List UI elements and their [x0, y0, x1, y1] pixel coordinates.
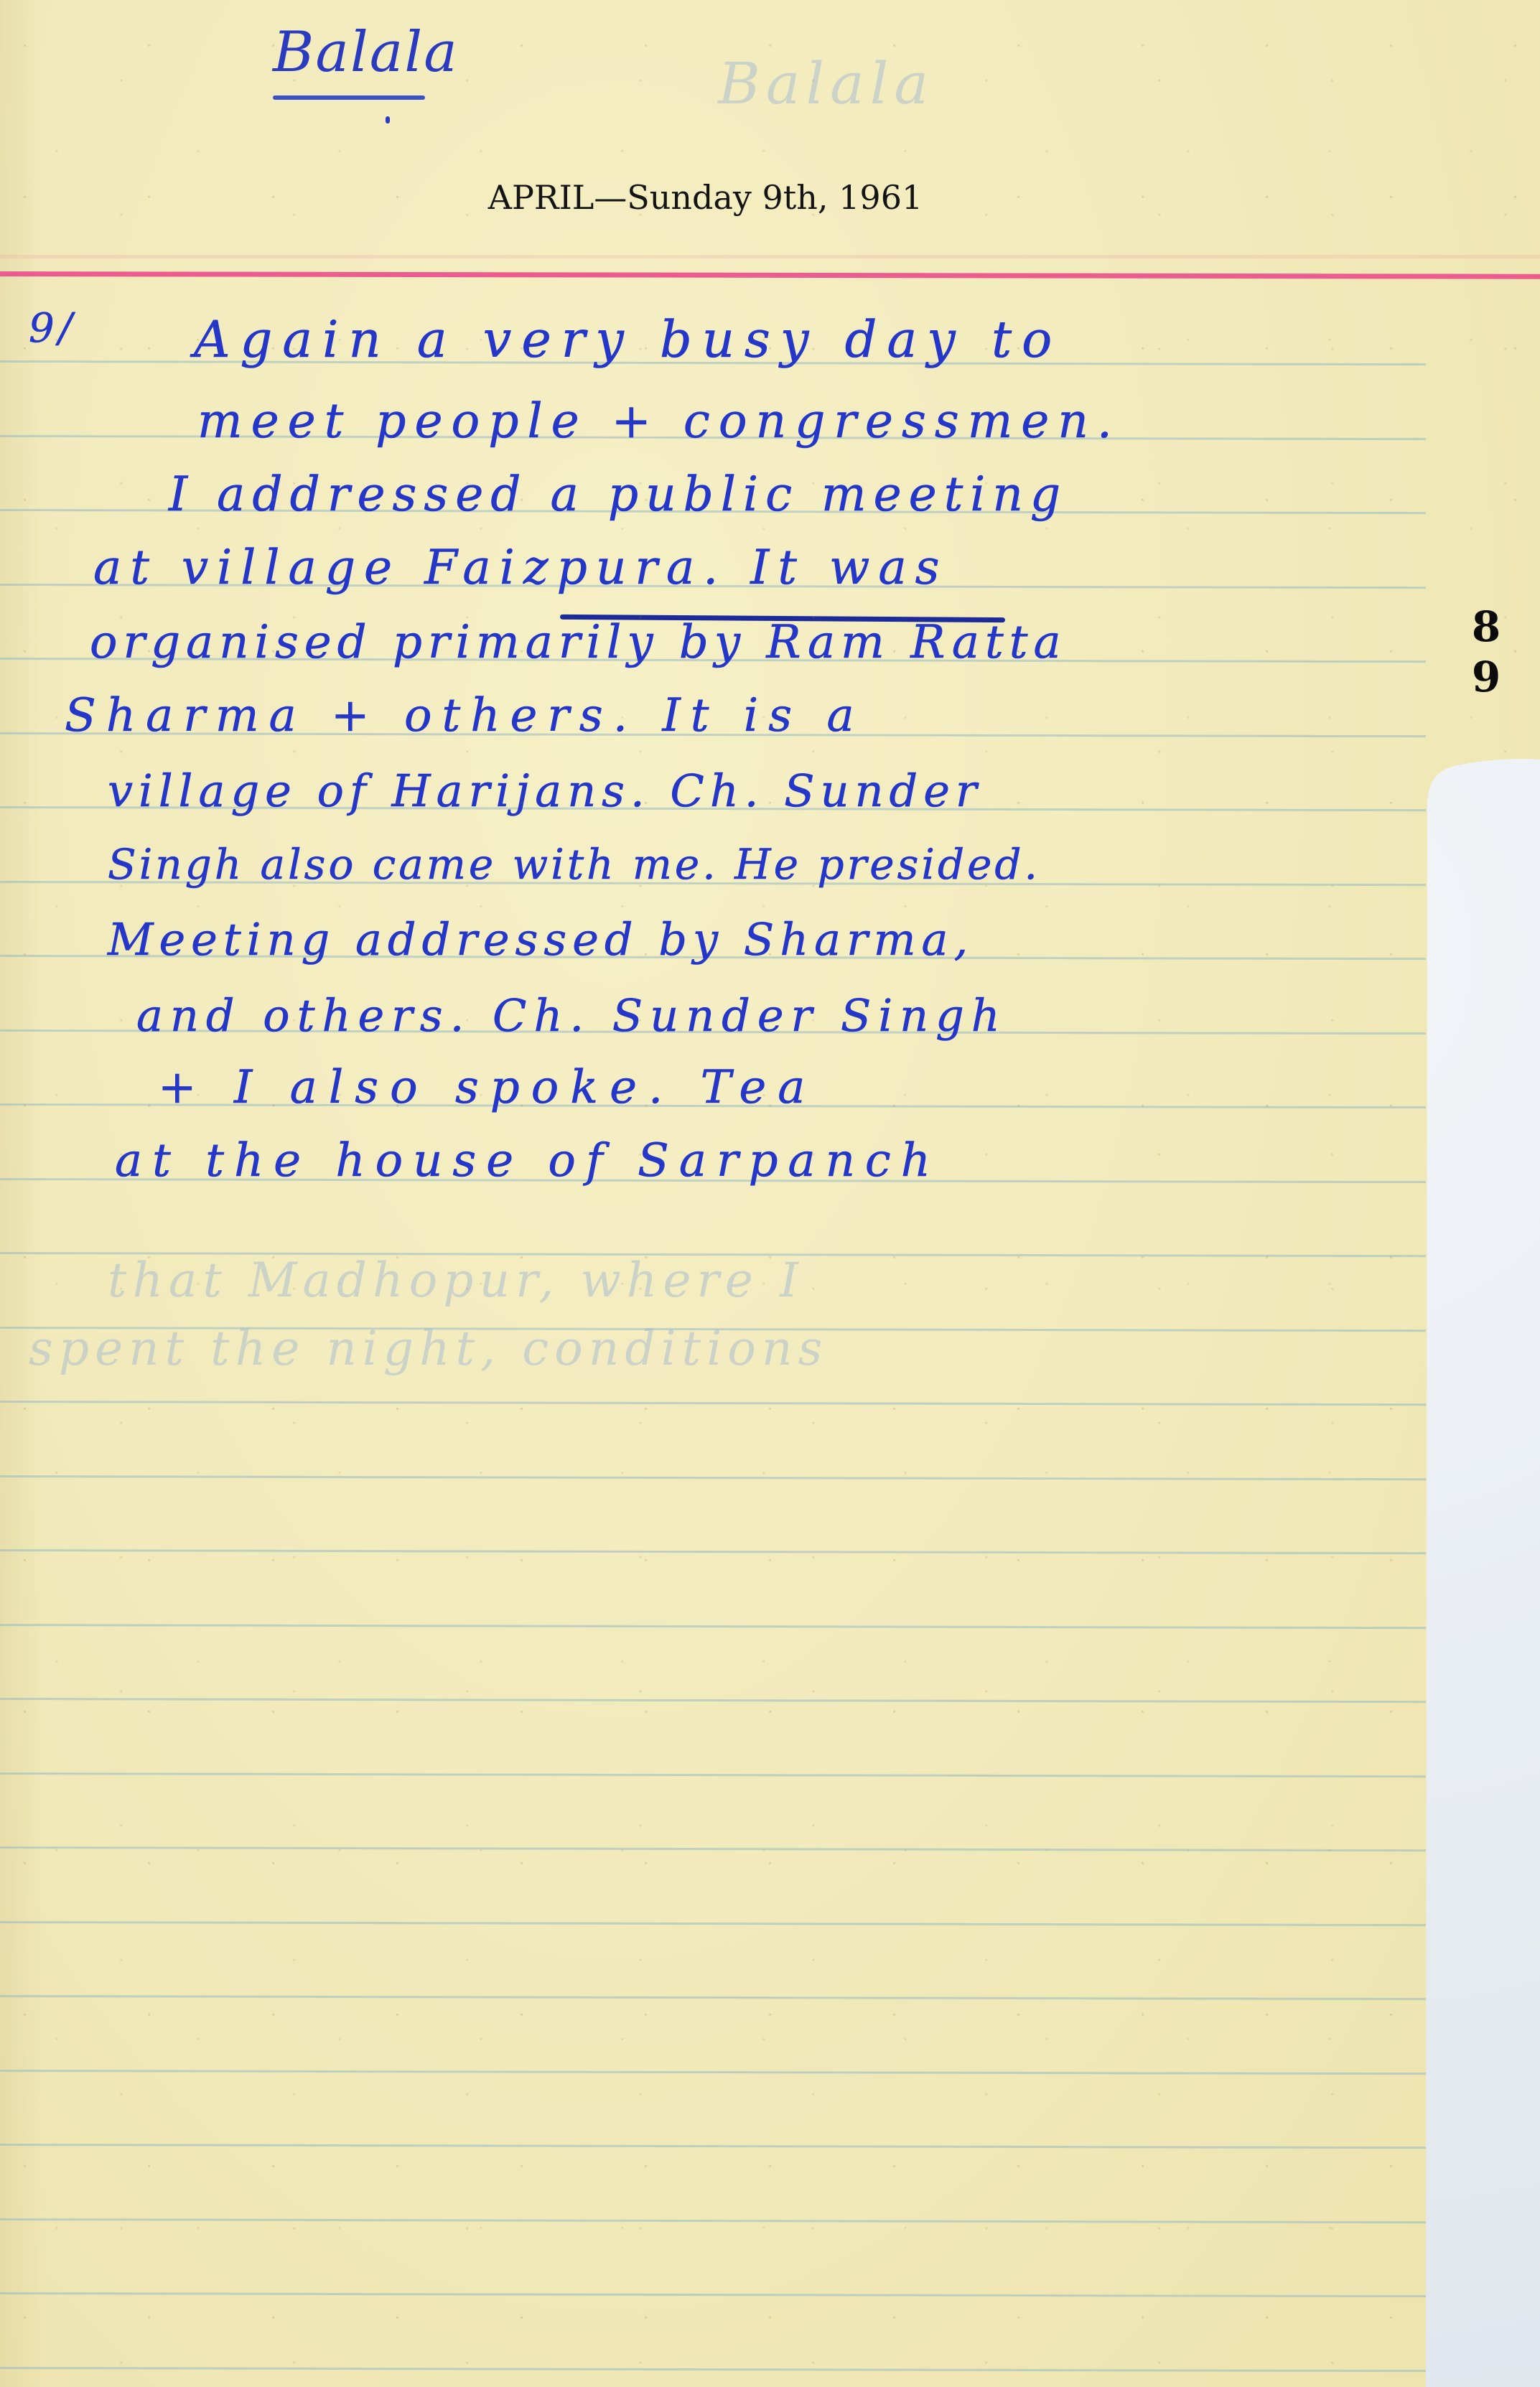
- entry-line-6: Sharma + others. It is a: [65, 689, 864, 742]
- ruled-line: [0, 1995, 1426, 2000]
- page-number-9: 9: [1465, 652, 1508, 702]
- printed-date-header: APRIL—Sunday 9th, 1961: [0, 178, 1540, 217]
- ruled-line: [0, 1846, 1426, 1851]
- show-through-heading: Balala: [718, 50, 934, 117]
- ruled-line: [0, 1549, 1426, 1554]
- entry-line-7: village of Harijans. Ch. Sunder: [108, 765, 983, 817]
- heading-underline: [273, 95, 425, 100]
- ruled-line: [0, 2367, 1426, 2372]
- handwritten-heading: Balala: [273, 20, 459, 85]
- entry-line-4: at village Faizpura. It was: [93, 540, 948, 595]
- ruled-line: [0, 1772, 1426, 1778]
- diary-page: Balala that Madhopur, where I spent the …: [0, 0, 1540, 2387]
- page-numbers: 8 9: [1465, 602, 1508, 702]
- ruled-line: [0, 1624, 1426, 1629]
- entry-line-5: organised primarily by Ram Ratta: [90, 616, 1067, 669]
- entry-line-1: Again a very busy day to: [194, 310, 1062, 369]
- ruled-line: [0, 1921, 1426, 1926]
- entry-line-3: I addressed a public meeting: [169, 467, 1068, 522]
- page-number-8: 8: [1465, 602, 1508, 652]
- entry-line-8: Singh also came with me. He presided.: [108, 840, 1040, 889]
- ruled-line: [0, 2144, 1426, 2149]
- ruled-line: [0, 2292, 1426, 2297]
- entry-line-12: at the house of Sarpanch: [115, 1134, 941, 1187]
- ink-dot: [386, 116, 390, 123]
- ruled-line: [0, 1698, 1426, 1703]
- ruled-line: [0, 1475, 1426, 1480]
- ruled-line: [0, 2218, 1426, 2223]
- show-through-line: that Madhopur, where I: [108, 1253, 804, 1308]
- entry-line-11: + I also spoke. Tea: [158, 1061, 816, 1114]
- faint-pink-rule: [0, 255, 1540, 258]
- ruled-line: [0, 2070, 1426, 2075]
- entry-line-2: meet people + congressmen.: [197, 393, 1121, 449]
- entry-line-10: and others. Ch. Sunder Singh: [136, 989, 1007, 1042]
- ruled-line: [0, 1401, 1426, 1406]
- margin-date-note: 9/: [29, 305, 77, 352]
- pink-margin-rule: [0, 271, 1540, 279]
- entry-line-9: Meeting addressed by Sharma,: [108, 913, 974, 966]
